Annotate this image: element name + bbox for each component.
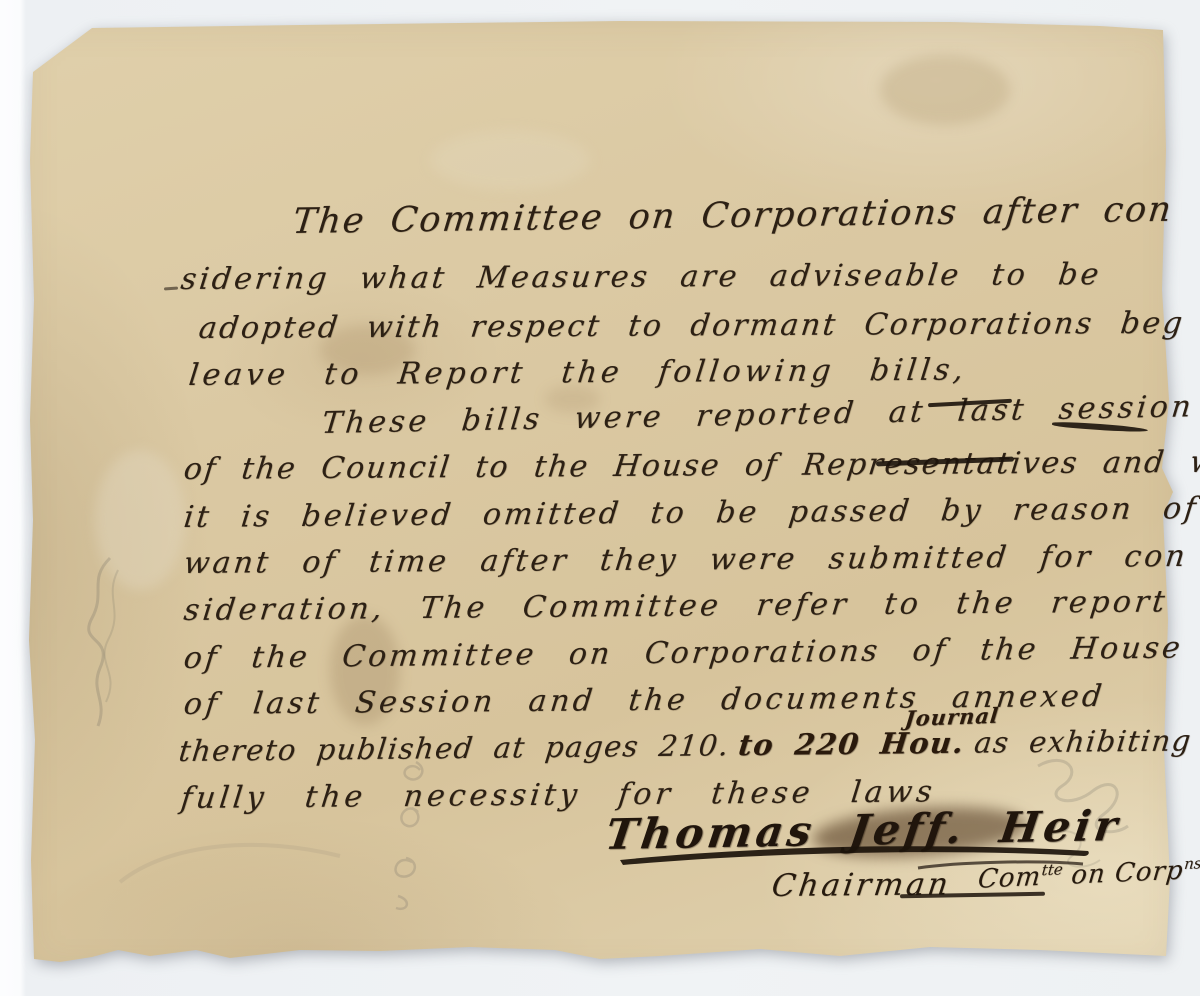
committee-abbrev: Com [977, 862, 1043, 895]
page-reference-pre: thereto published at pages 210. [177, 728, 731, 768]
page-reference-insert: to 220 Hou. [737, 726, 967, 762]
paper-stain [95, 450, 185, 590]
committee-superscript: ns [1183, 854, 1200, 873]
committee-superscript: tte [1041, 860, 1064, 879]
signature-role: Chairman [770, 866, 953, 904]
manuscript-line: of the Council to the House of Represent… [182, 444, 1200, 487]
inserted-word-above-line: Journal [904, 703, 1001, 731]
page-reference-post: as exhibiting [973, 723, 1194, 759]
manuscript-line: sidering what Measures are adviseable to… [179, 257, 1104, 297]
paper-stain [430, 130, 590, 190]
manuscript-line: leave to Report the following bills, [187, 353, 969, 393]
paper-stain [880, 55, 1010, 125]
manuscript-line: adopted with respect to dormant Corporat… [197, 306, 1187, 346]
scanned-document-page: The Committee on Corporations after con … [0, 0, 1200, 996]
committee-abbrev: on Corp [1061, 856, 1185, 891]
manuscript-line: want of time after they were submitted f… [182, 539, 1190, 581]
